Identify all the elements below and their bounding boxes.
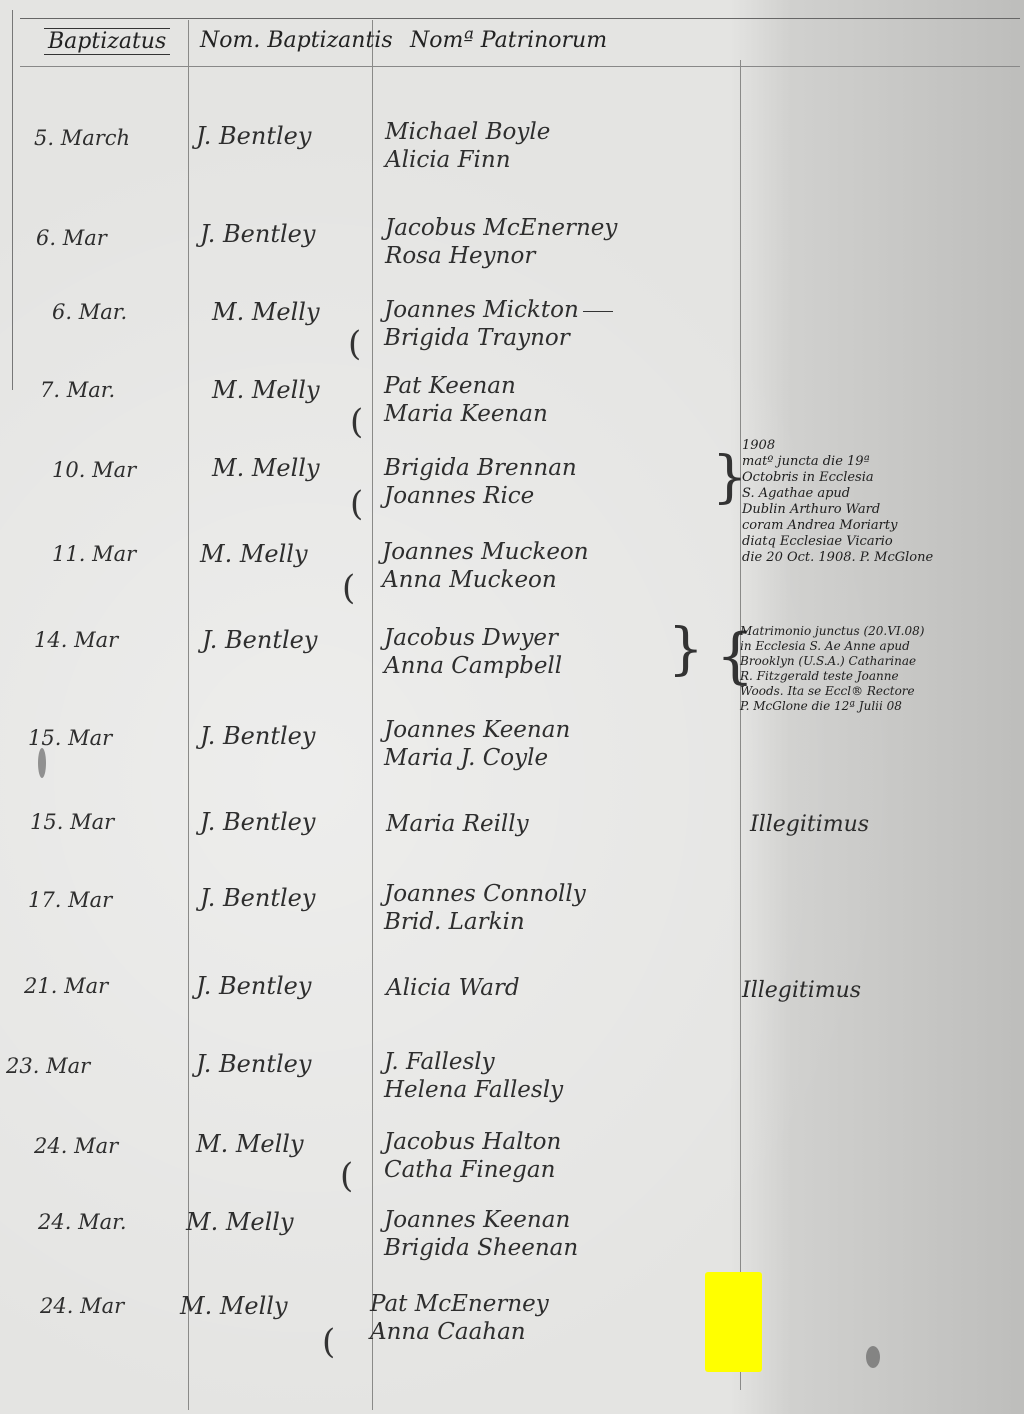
entry-minister: J. Bentley (200, 220, 315, 248)
entry-sponsors: Pat McEnerney Anna Caahan (370, 1290, 549, 1346)
entry-date: 24. Mar (34, 1134, 118, 1158)
sponsor-2: Helena Fallesly (384, 1076, 563, 1104)
column-divider-2 (372, 20, 373, 1410)
column-divider-1 (188, 20, 189, 1410)
sponsor-1: Joannes Mickton (384, 297, 579, 323)
yellow-highlight-marker (705, 1272, 762, 1372)
entry-sponsors: Joannes Muckeon Anna Muckeon (382, 538, 589, 594)
sponsor-1: Maria Reilly (386, 811, 529, 837)
entry-minister: M. Melly (200, 540, 308, 568)
entry-sponsors: Jacobus McEnerney Rosa Heynor (385, 214, 617, 270)
brace-right: } (668, 622, 704, 678)
sponsor-2: Alicia Finn (385, 146, 550, 174)
entry-sponsors: J. Fallesly Helena Fallesly (384, 1048, 563, 1104)
entry-sponsors: Joannes Keenan Brigida Sheenan (384, 1206, 578, 1262)
sponsor-1: Jacobus Dwyer (384, 625, 558, 651)
sponsor-2: Brigida Sheenan (384, 1234, 578, 1262)
brace-left: ( (322, 1322, 335, 1362)
entry-date: 10. Mar (52, 458, 136, 482)
column-divider-3 (740, 60, 741, 1390)
entry-minister: M. Melly (212, 376, 320, 404)
sponsor-1: Jacobus Halton (384, 1129, 561, 1155)
entry-minister: M. Melly (180, 1292, 288, 1320)
entry-date: 24. Mar (40, 1294, 124, 1318)
entry-sponsors: Brigida Brennan Joannes Rice (384, 454, 577, 510)
sponsor-1: J. Fallesly (384, 1049, 495, 1075)
sponsor-1: Pat McEnerney (370, 1291, 549, 1317)
column-header-patrinorum: Nomª Patrinorum (410, 28, 607, 53)
entry-sponsors: Maria Reilly (386, 810, 529, 838)
sponsor-2: Brid. Larkin (384, 908, 586, 936)
sponsor-2: Anna Muckeon (382, 566, 589, 594)
entry-date: 5. March (34, 126, 130, 150)
illegitimus-note: Illegitimus (742, 978, 861, 1003)
entry-minister: J. Bentley (200, 884, 315, 912)
entry-date: 7. Mar. (40, 378, 115, 402)
entry-minister: M. Melly (212, 454, 320, 482)
register-page: Baptizatus Nom. Baptizantis Nomª Patrino… (0, 0, 1024, 1414)
sponsor-1: Jacobus McEnerney (385, 215, 617, 241)
entry-date: 23. Mar (6, 1054, 90, 1078)
entry-date: 6. Mar (36, 226, 107, 250)
sponsor-2: Rosa Heynor (385, 242, 617, 270)
entry-minister: J. Bentley (200, 808, 315, 836)
sponsor-1: Joannes Muckeon (382, 539, 589, 565)
entry-date: 14. Mar (34, 628, 118, 652)
sponsor-1: Joannes Keenan (384, 717, 570, 743)
entry-date: 17. Mar (28, 888, 112, 912)
sponsor-2: Catha Finegan (384, 1156, 561, 1184)
entry-minister: J. Bentley (196, 122, 311, 150)
entry-sponsors: Joannes Mickton Brigida Traynor (384, 296, 613, 352)
sponsor-2: Brigida Traynor (384, 324, 613, 352)
sponsor-2: Maria J. Coyle (384, 744, 570, 772)
left-margin-line (12, 10, 13, 390)
entry-minister: M. Melly (186, 1208, 294, 1236)
entry-sponsors: Jacobus Halton Catha Finegan (384, 1128, 561, 1184)
sponsor-1: Brigida Brennan (384, 455, 577, 481)
entry-minister: M. Melly (212, 298, 320, 326)
column-header-baptizatus: Baptizatus (44, 28, 170, 55)
marginal-marriage-note: 1908 matº juncta die 19ª Octobris in Ecc… (742, 438, 933, 566)
sponsor-1: Pat Keenan (384, 373, 516, 399)
sponsor-1: Michael Boyle (385, 119, 550, 145)
entry-date: 15. Mar (30, 810, 114, 834)
ink-smudge (38, 748, 46, 778)
entry-date: 21. Mar (24, 974, 108, 998)
sponsor-2: Joannes Rice (384, 482, 577, 510)
illegitimus-note: Illegitimus (750, 812, 869, 837)
entry-sponsors: Joannes Connolly Brid. Larkin (384, 880, 586, 936)
marginal-marriage-note: Matrimonio junctus (20.VI.08) in Ecclesi… (740, 624, 924, 714)
column-header-baptizantis: Nom. Baptizantis (200, 28, 393, 53)
entry-sponsors: Michael Boyle Alicia Finn (385, 118, 550, 174)
sponsor-1: Joannes Keenan (384, 1207, 570, 1233)
header-top-rule (20, 18, 1020, 19)
entry-minister: J. Bentley (196, 1050, 311, 1078)
sponsor-2: Anna Campbell (384, 652, 562, 680)
entry-sponsors: Alicia Ward (386, 974, 520, 1002)
entry-sponsors: Pat Keenan Maria Keenan (384, 372, 548, 428)
brace-left: ( (348, 324, 361, 364)
entry-date: 15. Mar (28, 726, 112, 750)
brace-left: ( (342, 568, 355, 608)
entry-minister: J. Bentley (202, 626, 317, 654)
entry-date: 11. Mar (52, 542, 136, 566)
sponsor-1: Alicia Ward (386, 975, 520, 1001)
entry-minister: J. Bentley (200, 722, 315, 750)
sponsor-1: Joannes Connolly (384, 881, 586, 907)
entry-date: 6. Mar. (52, 300, 127, 324)
sponsor-2: Maria Keenan (384, 400, 548, 428)
ink-smudge (866, 1346, 880, 1368)
brace-left: ( (340, 1156, 353, 1196)
brace-left: ( (350, 484, 363, 524)
entry-minister: J. Bentley (196, 972, 311, 1000)
entry-sponsors: Joannes Keenan Maria J. Coyle (384, 716, 570, 772)
header-bottom-rule (20, 66, 1020, 67)
brace-left: ( (350, 402, 363, 442)
entry-date: 24. Mar. (38, 1210, 127, 1234)
entry-minister: M. Melly (196, 1130, 304, 1158)
sponsor-2: Anna Caahan (370, 1318, 549, 1346)
entry-sponsors: Jacobus Dwyer Anna Campbell (384, 624, 562, 680)
